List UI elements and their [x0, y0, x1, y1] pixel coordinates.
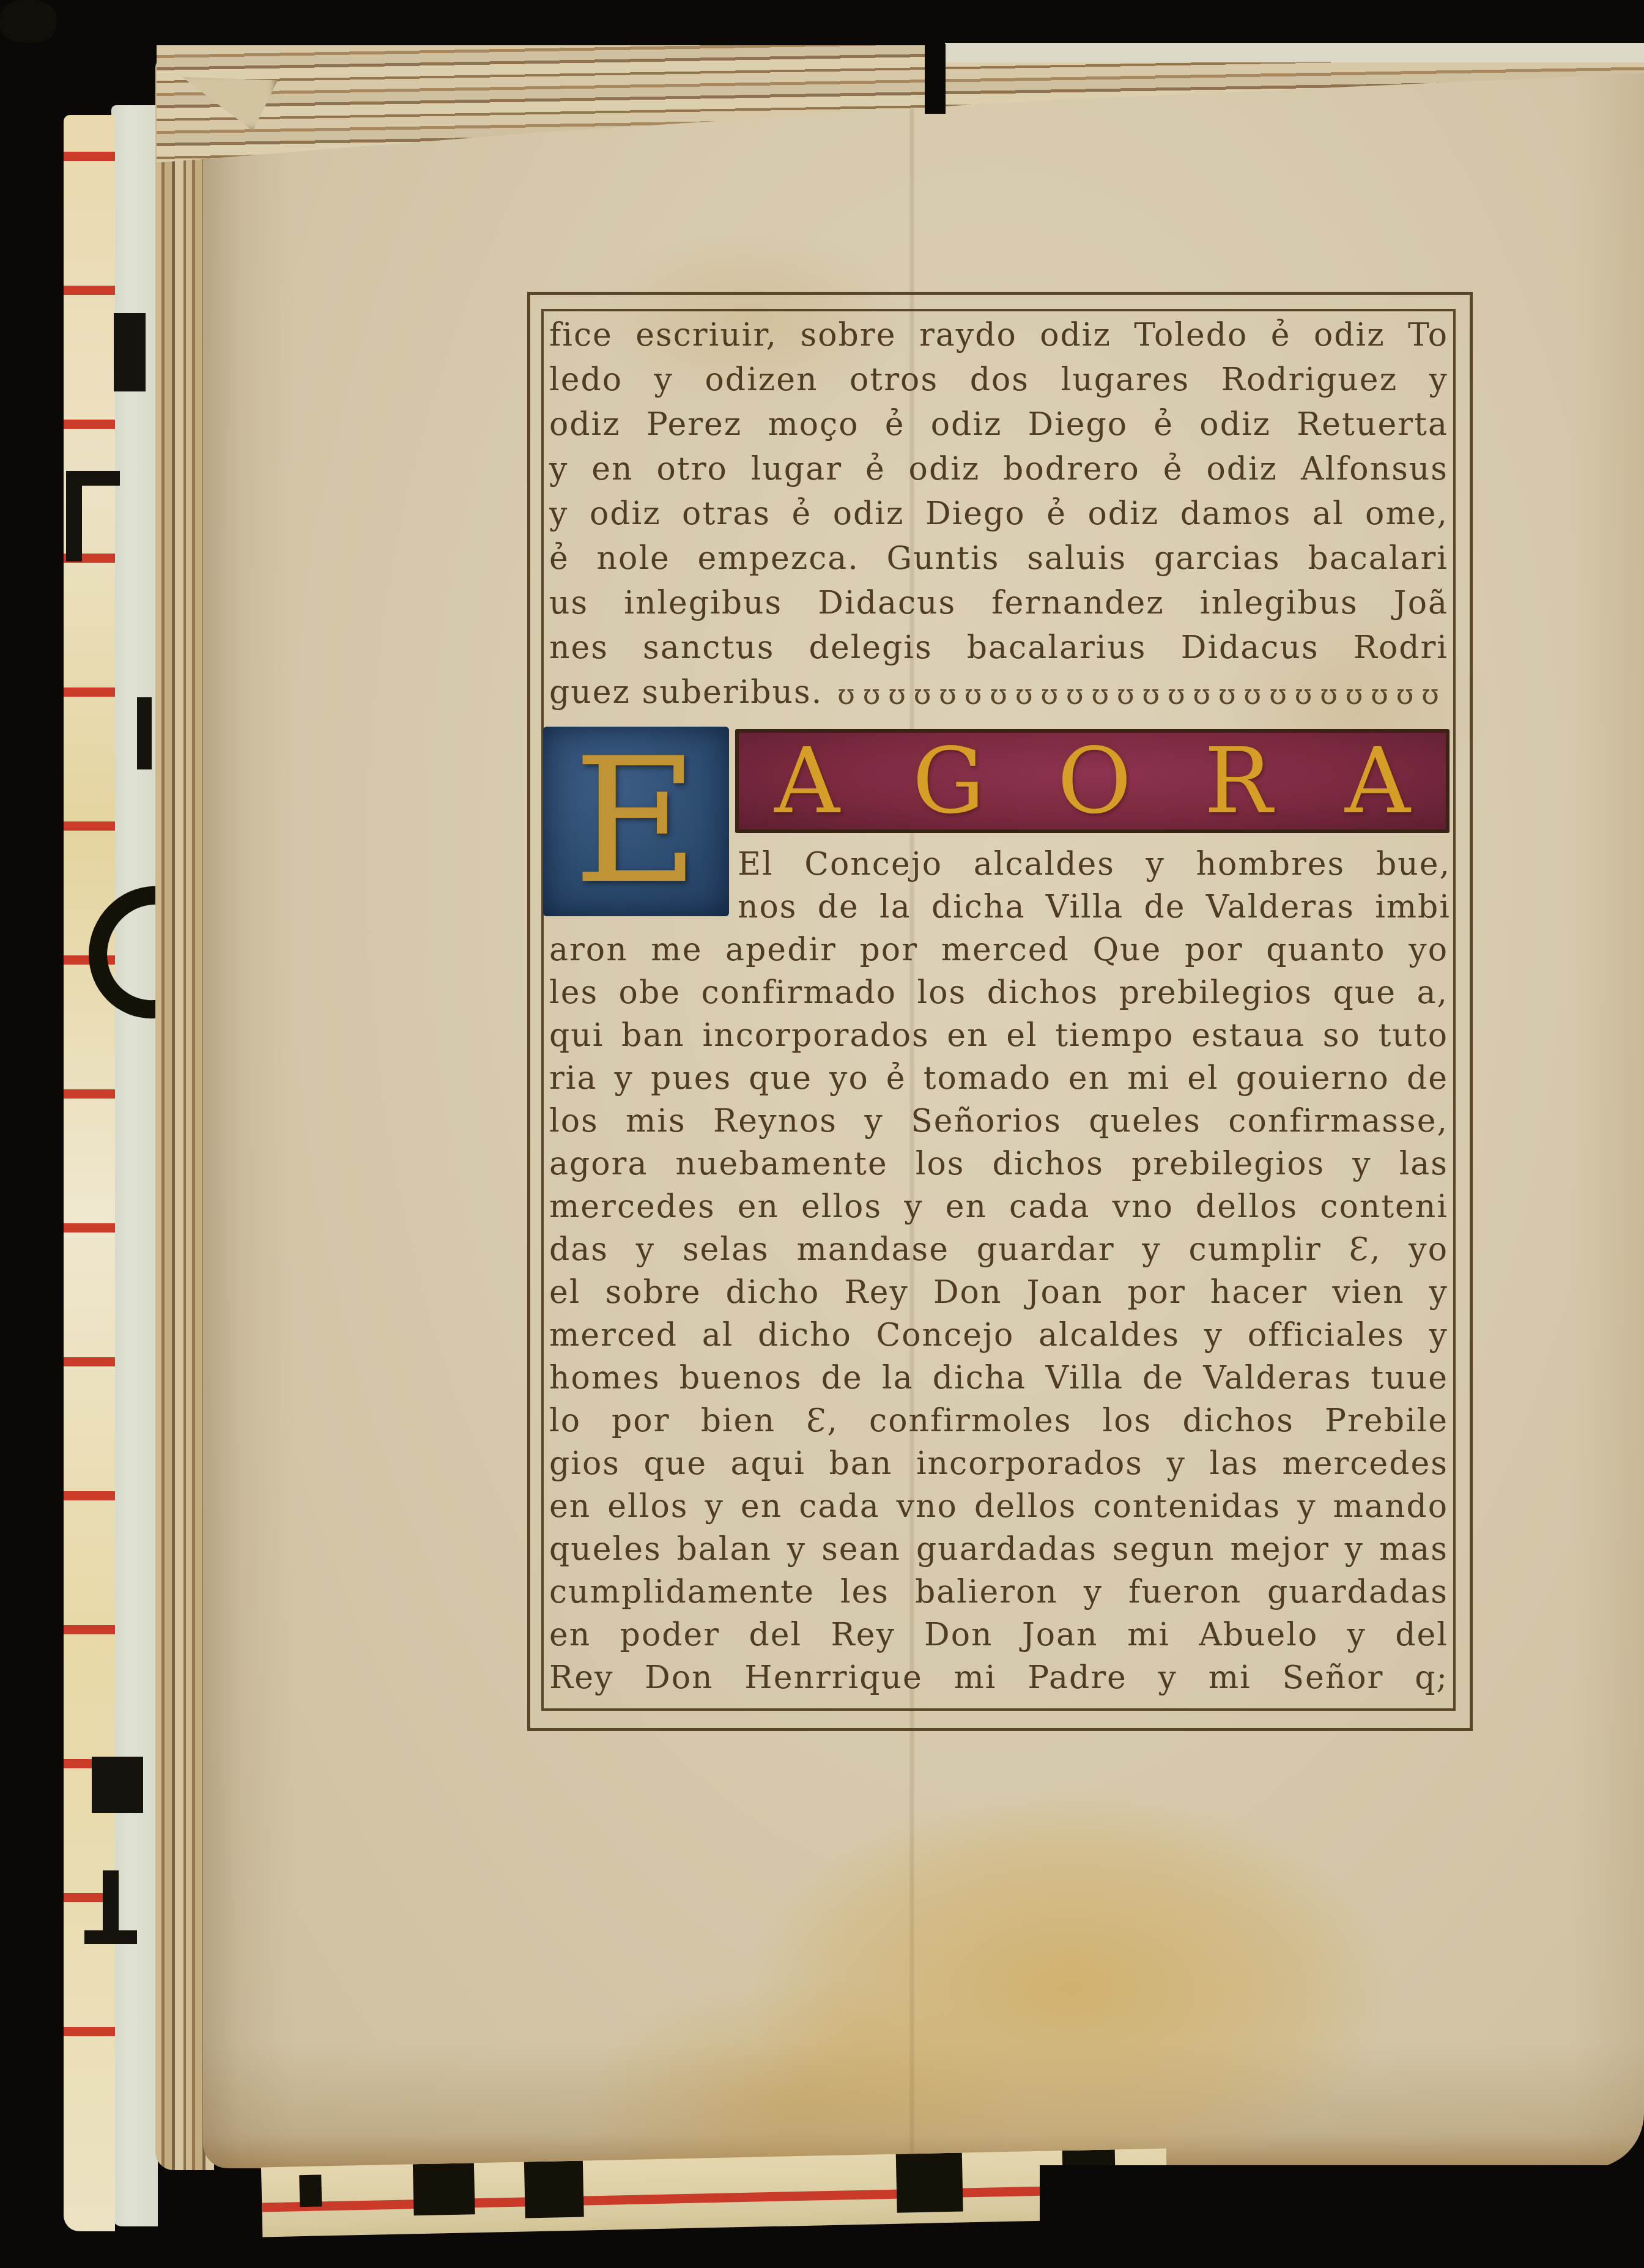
manuscript-line: y odiz otras ẻ odiz Diego ẻ odiz damos a…: [549, 492, 1448, 536]
manuscript-line: odiz Perez moço ẻ odiz Diego ẻ odiz Retu…: [549, 402, 1448, 447]
manuscript-line: el sobre dicho Rey Don Joan por hacer vi…: [549, 1271, 1448, 1314]
manuscript-line: agora nuebamente los dichos prebilegios …: [549, 1143, 1448, 1185]
lower-paragraph-indented: El Concejo alcaldes y hombres bue, nos d…: [738, 843, 1451, 928]
manuscript-line: mercedes en ellos y en cada vno dellos c…: [549, 1185, 1448, 1228]
manuscript-line: aron me apedir por merced Que por quanto…: [549, 928, 1448, 971]
illuminated-initial-panel: E: [543, 727, 729, 916]
manuscript-page: fice escriuir, sobre raydo odiz Toledo ẻ…: [203, 61, 1644, 2168]
manuscript-line: nos de la dicha Villa de Valderas imbi: [738, 886, 1451, 928]
music-note-block: [114, 313, 146, 391]
flourish-ornament: ʊʊʊʊʊʊʊʊʊʊʊʊʊʊʊʊʊʊʊʊʊʊʊʊ: [823, 672, 1448, 717]
manuscript-line: les obe confirmado los dichos prebilegio…: [549, 971, 1448, 1014]
manuscript-line: merced al dicho Concejo alcaldes y offic…: [549, 1314, 1448, 1357]
manuscript-line: y en otro lugar ẻ odiz bodrero ẻ odiz Al…: [549, 447, 1448, 492]
stave-red-line: [262, 2184, 1167, 2212]
music-note-foot: [84, 1930, 137, 1944]
manuscript-line: us inlegibus Didacus fernandez inlegibus…: [549, 581, 1448, 626]
line-text: guez suberibus.: [549, 670, 823, 715]
banner-letter: A: [1345, 728, 1410, 834]
manuscript-line: en ellos y en cada vno dellos contenidas…: [549, 1485, 1448, 1528]
backdrop-shadow: [1040, 2165, 1644, 2268]
manuscript-line: queles balan y sean guardadas segun mejo…: [549, 1528, 1448, 1571]
manuscript-line: lo por bien Ɛ, confirmoles los dichos Pr…: [549, 1399, 1448, 1442]
banner-letter: O: [1057, 728, 1131, 834]
lower-paragraph: aron me apedir por merced Que por quanto…: [549, 928, 1448, 1699]
music-note-block: [896, 2153, 963, 2213]
music-bar-mark: [137, 697, 152, 769]
manuscript-line: qui ban incorporados en el tiempo estaua…: [549, 1014, 1448, 1057]
banner-letter: G: [913, 728, 985, 834]
music-clef-mark: [66, 471, 120, 561]
page-top-edge-strip: [945, 43, 1644, 62]
manuscript-line: en poder del Rey Don Joan mi Abuelo y de…: [549, 1614, 1448, 1656]
manuscript-line: los mis Reynos y Señorios queles confirm…: [549, 1100, 1448, 1143]
manuscript-line: nes sanctus delegis bacalarius Didacus R…: [549, 626, 1448, 670]
music-note-block: [524, 2160, 584, 2218]
manuscript-line: cumplidamente les balieron y fueron guar…: [549, 1571, 1448, 1614]
manuscript-line: gios que aqui ban incorporados y las mer…: [549, 1442, 1448, 1485]
manuscript-line: El Concejo alcaldes y hombres bue,: [738, 843, 1451, 886]
manuscript-line: ẻ nole empezca. Guntis saluis garcias ba…: [549, 536, 1448, 581]
manuscript-line: homes buenos de la dicha Villa de Valder…: [549, 1357, 1448, 1399]
music-note-stem: [103, 1870, 119, 1939]
initial-letter: E: [573, 730, 699, 913]
music-note-block: [299, 2174, 322, 2207]
banner-letter: A: [774, 728, 840, 834]
manuscript-line: Rey Don Henrrique mi Padre y mi Señor q;: [549, 1656, 1448, 1699]
manuscript-line: fice escriuir, sobre raydo odiz Toledo ẻ…: [549, 313, 1448, 358]
manuscript-line: ledo y odizen otros dos lugares Rodrigue…: [549, 358, 1448, 402]
upper-paragraph: fice escriuir, sobre raydo odiz Toledo ẻ…: [549, 313, 1448, 716]
leaf-gap-notch: [925, 44, 946, 114]
music-note-block: [413, 2163, 475, 2215]
music-note-block: [92, 1757, 143, 1813]
photo-backdrop: fice escriuir, sobre raydo odiz Toledo ẻ…: [0, 0, 1644, 2268]
manuscript-line: ria y pues que yo ẻ tomado en mi el goui…: [549, 1057, 1448, 1100]
manuscript-line: guez suberibus. ʊʊʊʊʊʊʊʊʊʊʊʊʊʊʊʊʊʊʊʊʊʊʊʊ: [549, 670, 1448, 716]
banner-letter: R: [1204, 728, 1272, 834]
agora-banner: A G O R A: [735, 729, 1450, 833]
manuscript-line: das y selas mandase guardar y cumplir Ɛ,…: [549, 1228, 1448, 1271]
ink-smudge: [0, 0, 56, 43]
